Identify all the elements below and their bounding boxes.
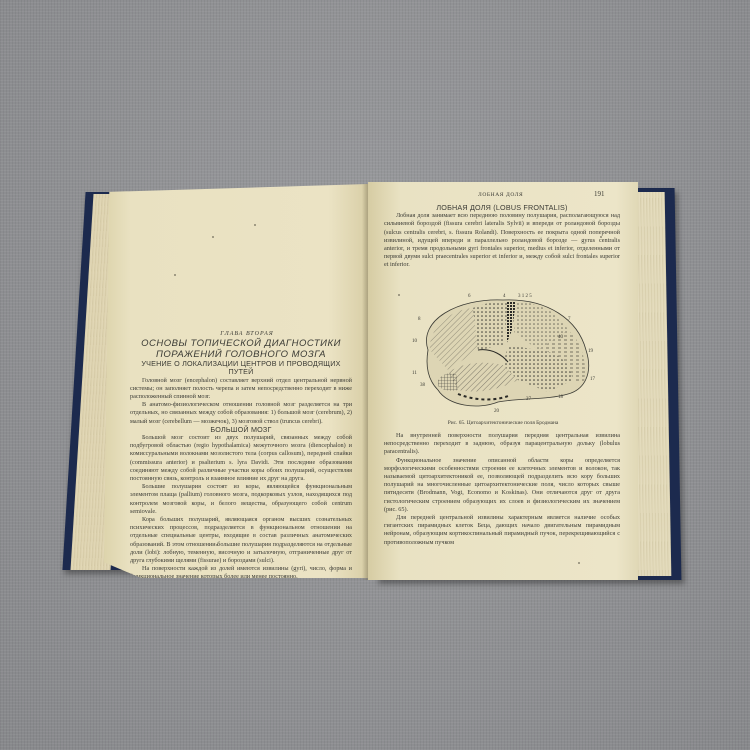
svg-text:19: 19 xyxy=(588,349,594,354)
page-number: 191 xyxy=(594,190,605,198)
running-head: ЛОБНАЯ ДОЛЯ xyxy=(478,192,523,198)
svg-text:7: 7 xyxy=(568,317,571,322)
left-page: ГЛАВА ВТОРАЯ ОСНОВЫ ТОПИЧЕСКОЙ ДИАГНОСТИ… xyxy=(104,184,368,578)
paragraph: На поверхности каждой из долей имеются и… xyxy=(130,565,352,578)
chapter-label: ГЛАВА ВТОРАЯ xyxy=(130,330,352,338)
figure-caption: Рис. 65. Цитоархитектонические поля Брод… xyxy=(368,420,638,426)
svg-text:38: 38 xyxy=(420,383,426,388)
svg-text:10: 10 xyxy=(412,339,418,344)
svg-text:11: 11 xyxy=(412,371,417,376)
paragraph: Функциональное значение описанной област… xyxy=(384,457,620,514)
svg-text:6: 6 xyxy=(468,294,471,299)
paragraph: Кора больших полушарий, являющаяся орган… xyxy=(130,516,352,565)
svg-text:37: 37 xyxy=(526,397,532,402)
section-title-frontal-lobe: ЛОБНАЯ ДОЛЯ (LOBUS FRONTALIS) xyxy=(384,204,620,212)
paragraph: На внутренней поверхности полушария пере… xyxy=(384,432,620,457)
open-book: ГЛАВА ВТОРАЯ ОСНОВЫ ТОПИЧЕСКОЙ ДИАГНОСТИ… xyxy=(0,0,750,750)
svg-text:20: 20 xyxy=(494,409,500,414)
svg-text:8: 8 xyxy=(418,317,421,322)
left-page-text: ГЛАВА ВТОРАЯ ОСНОВЫ ТОПИЧЕСКОЙ ДИАГНОСТИ… xyxy=(130,330,352,578)
paragraph: Большие полушария состоят из коры, являю… xyxy=(130,483,352,516)
section-title-cerebrum: БОЛЬШОЙ МОЗГ xyxy=(130,426,352,434)
svg-text:17: 17 xyxy=(590,377,596,382)
right-page: ЛОБНАЯ ДОЛЯ 191 ЛОБНАЯ ДОЛЯ (LOBUS FRONT… xyxy=(368,182,638,580)
section-title-localization: УЧЕНИЕ О ЛОКАЛИЗАЦИИ ЦЕНТРОВ И ПРОВОДЯЩИ… xyxy=(130,360,352,376)
svg-text:40: 40 xyxy=(558,335,564,340)
paragraph: Большой мозг состоит из двух полушарий, … xyxy=(130,434,352,483)
paragraph: В анатомо-физиологическом отношении голо… xyxy=(130,401,352,426)
right-page-intro: ЛОБНАЯ ДОЛЯ (LOBUS FRONTALIS) Лобная дол… xyxy=(384,204,620,270)
right-page-body: На внутренней поверхности полушария пере… xyxy=(384,432,620,547)
svg-text:18: 18 xyxy=(558,395,564,400)
paragraph: Для передней центральной извилины характ… xyxy=(384,514,620,547)
svg-text:4: 4 xyxy=(503,294,506,299)
paragraph: Головной мозг (encephalon) составляет ве… xyxy=(130,377,352,402)
brain-figure: 6 4 3 1 2 5 8 10 11 38 19 17 18 37 20 7 … xyxy=(408,290,604,418)
svg-text:3 1 2 5: 3 1 2 5 xyxy=(518,294,532,299)
chapter-title: ОСНОВЫ ТОПИЧЕСКОЙ ДИАГНОСТИКИ ПОРАЖЕНИЙ … xyxy=(130,338,352,360)
brain-map-icon: 6 4 3 1 2 5 8 10 11 38 19 17 18 37 20 7 … xyxy=(408,290,604,418)
paragraph: Лобная доля занимает всю переднюю полови… xyxy=(384,212,620,269)
